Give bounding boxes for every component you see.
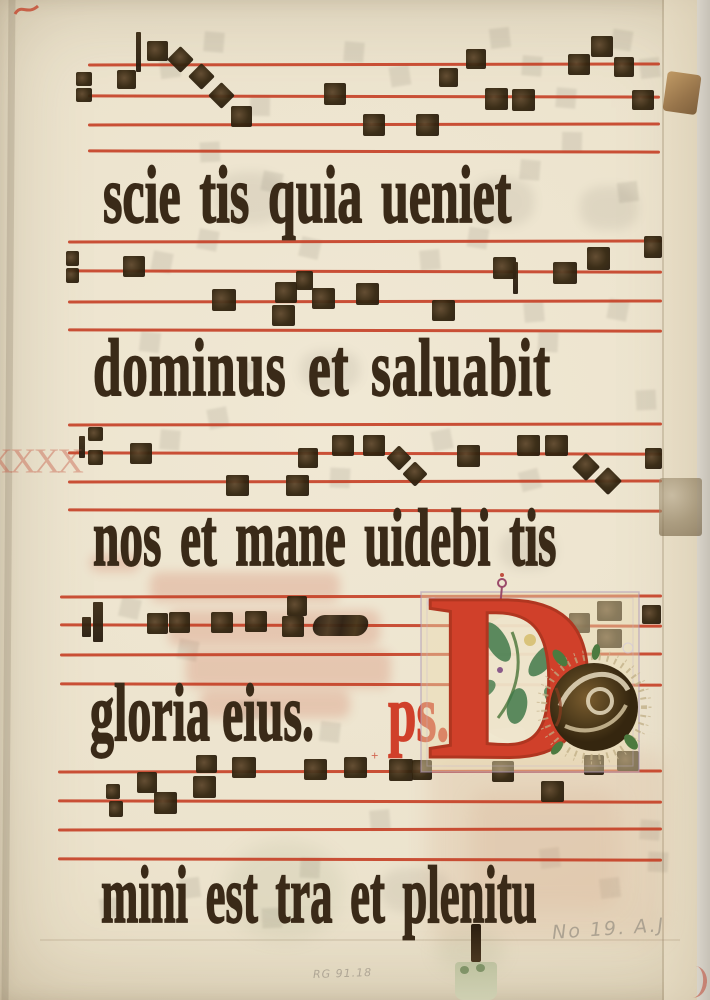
manuscript-leaf: scie tis quia ueniet dominus et saluabit… [0,0,710,1000]
red-cross-mark: + [371,751,381,761]
illumination-layer: D [0,0,710,1000]
tape-repair-top-right [662,71,701,115]
margin-x-mark: XXXX [0,441,81,482]
tape-green-dot [460,966,469,974]
repair-patch-right [659,478,702,536]
letter-descender-stroke [471,924,481,962]
tape-green-dot [476,964,485,972]
red-corner-squiggle [15,6,38,14]
pencil-shelfmark: RG 91.18 [313,966,373,981]
tape-remnant-bottom [455,962,497,1000]
